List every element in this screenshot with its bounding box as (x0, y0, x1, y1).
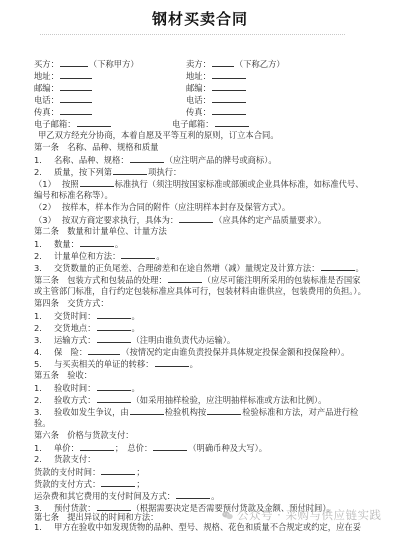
buyer-zip-label: 邮编： (34, 83, 59, 93)
article-4-item-5: 5.与买卖相关的单证的转移：。 (34, 358, 198, 370)
item-note: 。 (132, 383, 140, 393)
seller-fax-row: 传真： (186, 106, 247, 118)
seller-address-row: 地址： (186, 70, 247, 82)
item-label: 名称、品种、规格： (54, 155, 129, 165)
item-number: 2. (34, 323, 54, 334)
item-note: 检验标准和方法，对产品进行检 (242, 407, 358, 417)
buyer-email-row: 电子邮箱： (34, 118, 112, 130)
item-note: （明确币种及大写）。 (188, 443, 267, 453)
delivery-time-blank[interactable] (97, 310, 131, 319)
item-number: 1. (34, 443, 54, 454)
item-label: 甲方在验收中如发现货物的品种、型号、规格、花色和质量不合规定或约定，应在妥 (54, 522, 361, 532)
item-number: （3） (34, 215, 62, 226)
item-note: ； (136, 467, 144, 477)
article-6-heading: 第六条 价格与货款支付： (34, 430, 134, 441)
item-note: 项执行： (148, 167, 181, 177)
item-label: 按照 (62, 179, 79, 189)
buyer-name-row: 买方：（下称甲方） (34, 58, 139, 70)
article-2-item-2: 2.计量单位和方法：。 (34, 250, 165, 262)
seller-zip-label: 邮编： (186, 83, 211, 93)
buyer-address-row: 地址： (34, 70, 93, 82)
seller-name-row: 卖方：（下称乙方） (186, 58, 285, 70)
contract-page: 钢材买卖合同 买方：（下称甲方） 地址： 邮编： 电话： 传真： 电子邮箱： 卖… (0, 0, 400, 533)
payment-time-blank[interactable] (101, 466, 135, 475)
article-2-item-3: 3.交货数量的正负尾差、合理磅差和在途自然增（减）量规定及计算方法：。 (34, 262, 364, 274)
payment-time-row: 货款的支付时间：； (34, 466, 145, 478)
unit-price-blank[interactable] (80, 442, 114, 451)
documents-blank[interactable] (155, 358, 189, 367)
seller-fax-blank[interactable] (212, 106, 246, 115)
seller-phone-row: 电话： (186, 94, 247, 106)
buyer-blank[interactable] (60, 58, 88, 67)
item-label: ； 总价： (115, 443, 152, 453)
item-label: 检验机构按 (165, 407, 207, 417)
quantity-blank[interactable] (80, 238, 114, 247)
inspection-time-blank[interactable] (97, 382, 131, 391)
item-label: 质量，按下列第 (54, 167, 112, 177)
item-label: 交货地点： (54, 323, 96, 333)
item-note: 。 (190, 359, 198, 369)
item-label: 运输方式： (54, 335, 96, 345)
total-price-blank[interactable] (153, 442, 187, 451)
item-label: 交货数量的正负尾差、合理磅差和在途自然增（减）量规定及计算方法： (54, 263, 320, 273)
quality-requirement-blank[interactable] (179, 214, 213, 223)
insurance-blank[interactable] (88, 346, 120, 355)
item-note: （如采用抽样检验，应注明抽样标准或方法和比例）。 (132, 395, 327, 405)
article-2-item-1: 1.数量：。 (34, 238, 123, 250)
article-4-item-2: 2.交货地点：。 (34, 322, 140, 334)
item-number: （2） (34, 202, 62, 213)
article-5-item-1: 1.验收时间：。 (34, 382, 140, 394)
wechat-icon (222, 511, 233, 520)
watermark: 公众号 · 采购与供应链实践 (222, 507, 381, 523)
buyer-address-blank[interactable] (60, 70, 92, 79)
article-3-heading: 第三条 包装方式和包装品的处理：（应尽可能注明所采用的包装标准是否国家 (34, 274, 360, 286)
item-number: 3. (34, 263, 54, 274)
item-note: 。 (356, 263, 364, 273)
item-number: 1. (34, 239, 54, 250)
item-label: 验收如发生争议，由 (54, 407, 129, 417)
seller-email-blank[interactable] (215, 118, 249, 127)
item-note: 。 (132, 311, 140, 321)
item-number: 4. (34, 347, 54, 358)
item-label: 计量单位和方法： (54, 251, 120, 261)
article-1-item-2-1: （1）按照标准执行（须注明按国家标准或部颁或企业具体标准，如标准代号、 (34, 178, 364, 190)
item-number: 1. (34, 155, 54, 166)
item-number: 1. (34, 311, 54, 322)
article-4-heading: 第四条 交货方式： (34, 298, 109, 309)
inspection-method-blank[interactable] (97, 394, 131, 403)
item-number: 3. (34, 335, 54, 346)
item-number: 1. (34, 522, 54, 533)
buyer-phone-label: 电话： (34, 95, 59, 105)
article-1-item-2-2: （2）按样本，样本作为合同的附件（应注明样本封存及保管方式）。 (34, 202, 290, 213)
item-note: （应注明产品的牌号或商标）。 (165, 155, 277, 165)
article-7-item-1: 1.甲方在验收中如发现货物的品种、型号、规格、花色和质量不合规定或约定，应在妥 (34, 522, 361, 533)
item-number: 2. (34, 251, 54, 262)
buyer-fax-row: 传真： (34, 106, 93, 118)
inspection-standard-blank[interactable] (207, 406, 241, 415)
item-note: （按情况约定由谁负责投保并具体规定投保金额和投保险种）。 (121, 347, 349, 357)
seller-zip-row: 邮编： (186, 82, 247, 94)
item-number: 2. (34, 395, 54, 406)
item-label: 货款的支付方式： (34, 479, 100, 489)
item-label: 数量： (54, 239, 79, 249)
seller-address-blank[interactable] (212, 70, 246, 79)
item-note: 标准执行（须注明按国家标准或部颁或企业具体标准，如标准代号、 (115, 179, 364, 189)
buyer-email-blank[interactable] (77, 118, 111, 127)
buyer-zip-row: 邮编： (34, 82, 93, 94)
article-1-item-1: 1.名称、品种、规格：（应注明产品的牌号或商标）。 (34, 154, 277, 166)
packaging-blank[interactable] (168, 274, 202, 283)
seller-phone-label: 电话： (186, 95, 211, 105)
item-note: （应具体约定产品质量要求）。 (214, 215, 326, 225)
article-5-item-3-cont: 验。 (34, 418, 51, 429)
item-label: 保 险： (54, 347, 87, 357)
article-2-heading: 第二条 数量和计量单位、计量方法 (34, 226, 167, 237)
item-label: 单价： (54, 443, 79, 453)
item-number: 3. (34, 407, 54, 418)
item-note: （注明由谁负责代办运输）。 (132, 335, 236, 345)
item-label: 运杂费和其它费用的支付时间及方式： (34, 491, 175, 501)
seller-email-row: 电子邮箱： (172, 118, 250, 130)
buyer-suffix: （下称甲方） (89, 59, 139, 69)
item-label: 与买卖相关的单证的转移： (54, 359, 154, 369)
quality-option-blank[interactable] (113, 166, 147, 175)
item-note: 。 (115, 239, 123, 249)
item-label: 货款的支付时间： (34, 467, 100, 477)
item-note: 。 (211, 491, 219, 501)
seller-phone-blank[interactable] (212, 94, 246, 103)
item-number: （1） (34, 179, 62, 190)
item-label: 验收时间： (54, 383, 96, 393)
watermark-text: 公众号 · 采购与供应链实践 (237, 508, 381, 522)
other-fees-row: 运杂费和其它费用的支付时间及方式：。 (34, 490, 219, 502)
seller-address-label: 地址： (186, 71, 211, 81)
article-6-item-1: 1.单价：； 总价：（明确币种及大写）。 (34, 442, 267, 454)
document-title: 钢材买卖合同 (0, 8, 400, 29)
article-4-item-3: 3.运输方式：（注明由谁负责代办运输）。 (34, 334, 235, 346)
item-note: ； (136, 479, 144, 489)
seller-label: 卖方： (186, 59, 211, 69)
item-label: 按双方商定要求执行，具体为： (62, 215, 178, 225)
buyer-phone-row: 电话： (34, 94, 93, 106)
item-label: 交货时间： (54, 311, 96, 321)
seller-email-label: 电子邮箱： (172, 119, 214, 129)
name-spec-blank[interactable] (130, 154, 164, 163)
buyer-email-label: 电子邮箱： (34, 119, 76, 129)
preamble: 甲乙双方经充分协商，本着自愿及平等互利的原则，订立本合同。 (38, 130, 279, 141)
tolerance-blank[interactable] (321, 262, 355, 271)
seller-fax-label: 传真： (186, 107, 211, 117)
buyer-address-label: 地址： (34, 71, 59, 81)
delivery-place-blank[interactable] (97, 322, 131, 331)
article-1-item-2: 2.质量，按下列第项执行： (34, 166, 181, 178)
article-4-item-4: 4.保 险：（按情况约定由谁负责投保并具体规定投保金额和投保险种）。 (34, 346, 349, 358)
buyer-fax-blank[interactable] (60, 106, 92, 115)
unit-method-blank[interactable] (121, 250, 155, 259)
item-label: 货款支付： (54, 454, 96, 464)
transport-blank[interactable] (97, 334, 131, 343)
buyer-phone-blank[interactable] (60, 94, 92, 103)
article-6-item-2: 2.货款支付： (34, 454, 96, 465)
item-number: 1. (34, 383, 54, 394)
title-divider (40, 34, 345, 35)
item-label: 验收方式： (54, 395, 96, 405)
seller-suffix: （下称乙方） (235, 59, 285, 69)
article-1-item-2-1-cont: 编号和标准名称等）。 (34, 190, 113, 201)
seller-blank[interactable] (212, 58, 234, 67)
payment-method-row: 货款的支付方式：； (34, 478, 145, 490)
inspection-agency-blank[interactable] (130, 406, 164, 415)
buyer-label: 买方： (34, 59, 59, 69)
prepayment-blank[interactable] (97, 502, 131, 511)
item-number: 2. (34, 454, 54, 465)
article-5-item-2: 2.验收方式：（如采用抽样检验，应注明抽样标准或方法和比例）。 (34, 394, 326, 406)
item-label: 按样本，样本作为合同的附件（应注明样本封存及保管方式）。 (62, 202, 290, 212)
item-note: （应尽可能注明所采用的包装标准是否国家 (203, 275, 361, 285)
article-4-item-1: 1.交货时间：。 (34, 310, 140, 322)
article-1-heading: 第一条 名称、品种、规格和质量 (34, 142, 158, 153)
payment-method-blank[interactable] (101, 478, 135, 487)
item-note: 。 (132, 323, 140, 333)
standard-blank[interactable] (80, 178, 114, 187)
article-3-cont: 或主管部门标准，自行约定包装标准应具体可行，包装材料由谁供应，包装费用的负担。）… (34, 286, 366, 297)
item-number: 2. (34, 167, 54, 178)
item-number: 5. (34, 359, 54, 370)
article-5-heading: 第五条 验收： (34, 370, 92, 381)
other-fees-blank[interactable] (176, 490, 210, 499)
article-5-item-3: 3.验收如发生争议，由检验机构按检验标准和方法，对产品进行检 (34, 406, 358, 418)
item-label: 第三条 包装方式和包装品的处理： (34, 275, 167, 285)
seller-zip-blank[interactable] (212, 82, 246, 91)
item-note: 。 (156, 251, 164, 261)
buyer-fax-label: 传真： (34, 107, 59, 117)
article-1-item-2-3: （3）按双方商定要求执行，具体为：（应具体约定产品质量要求）。 (34, 214, 326, 226)
buyer-zip-blank[interactable] (60, 82, 92, 91)
